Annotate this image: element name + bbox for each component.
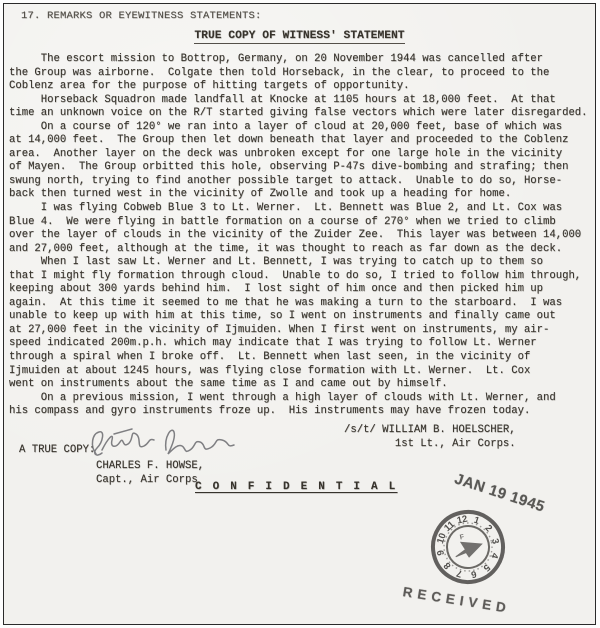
true-copy-label: A TRUE COPY: bbox=[19, 444, 95, 456]
document-title: TRUE COPY OF WITNESS' STATEMENT bbox=[4, 30, 595, 44]
clock-number: 9 bbox=[434, 545, 449, 561]
document-title-text: TRUE COPY OF WITNESS' STATEMENT bbox=[194, 30, 404, 44]
section-header: 17. REMARKS OR EYEWITNESS STATEMENTS: bbox=[21, 10, 262, 22]
statement-body: The escort mission to Bottrop, Germany, … bbox=[9, 53, 588, 419]
svg-text:F: F bbox=[459, 534, 465, 542]
certifier-name-rank: CHARLES F. HOWSE, Capt., Air Corps bbox=[96, 460, 204, 488]
document-page: 17. REMARKS OR EYEWITNESS STATEMENTS: TR… bbox=[0, 0, 600, 628]
typed-signature-block: /s/t/ WILLIAM B. HOELSCHER, 1st Lt., Air… bbox=[344, 424, 516, 452]
time-received-clock-stamp: F 12 1 2 3 4 5 6 7 8 9 10 11 bbox=[421, 500, 516, 595]
classification-marking: C O N F I D E N T I A L bbox=[195, 481, 397, 493]
clock-pointer-arrow: F bbox=[451, 530, 483, 559]
scan-border-frame: 17. REMARKS OR EYEWITNESS STATEMENTS: TR… bbox=[3, 3, 596, 625]
